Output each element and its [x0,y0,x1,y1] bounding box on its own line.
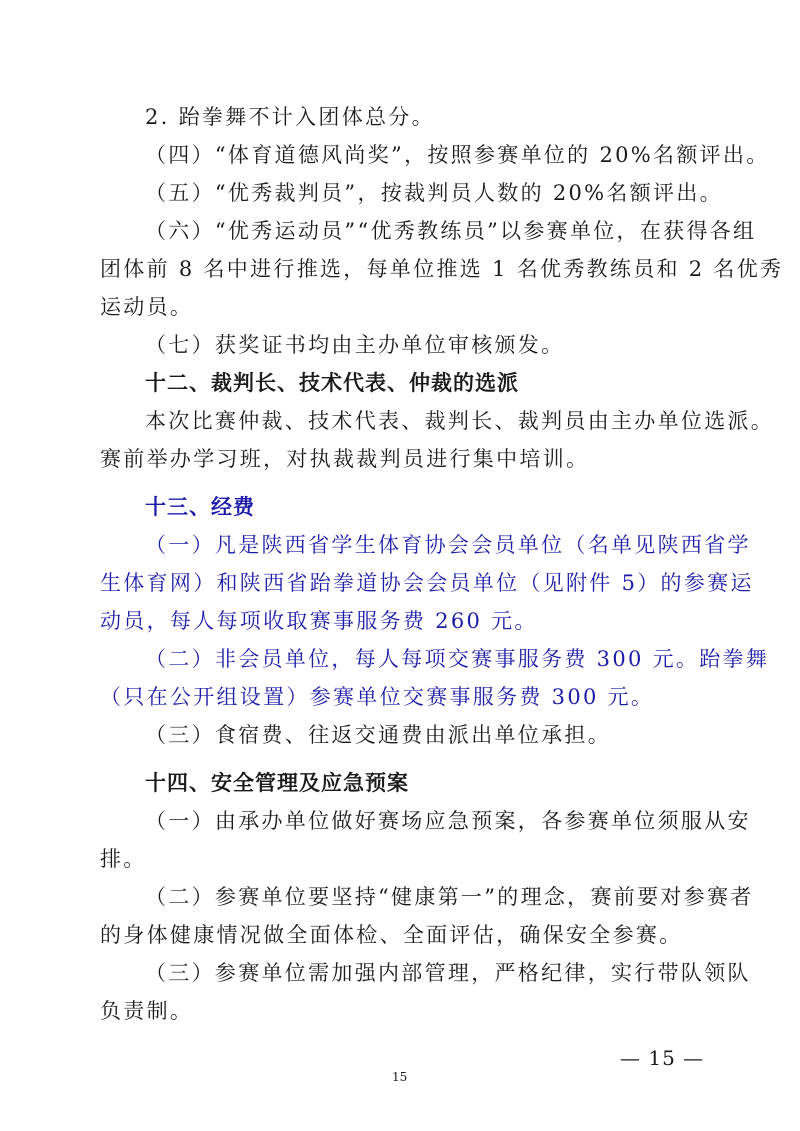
paragraph-line: 赛前举办学习班，对执裁裁判员进行集中培训。 [100,447,714,471]
paragraph-line: 2. 跆拳舞不计入团体总分。 [145,105,715,129]
paragraph-line: （一）由承办单位做好赛场应急预案，各参赛单位须服从安 [145,809,715,833]
paragraph-line: （四）“体育道德风尚奖”，按照参赛单位的 20%名额评出。 [145,143,715,167]
section-heading-14: 十四、安全管理及应急预案 [145,771,715,795]
paragraph-line: （三）参赛单位需加强内部管理，严格纪律，实行带队领队 [145,961,715,985]
paragraph-line: （五）“优秀裁判员”，按裁判员人数的 20%名额评出。 [145,181,715,205]
paragraph-line: 动员，每人每项收取赛事服务费 260 元。 [100,609,714,633]
page-folio: — 15 — [620,1046,704,1070]
paragraph-line: （一）凡是陕西省学生体育协会会员单位（名单见陕西省学 [145,533,715,557]
paragraph-line: 负责制。 [100,999,714,1023]
paragraph-line: 排。 [100,847,714,871]
document-page: 2. 跆拳舞不计入团体总分。 （四）“体育道德风尚奖”，按照参赛单位的 20%名… [0,0,800,1131]
paragraph-line: 的身体健康情况做全面体检、全面评估，确保安全参赛。 [100,923,714,947]
paragraph-line: 本次比赛仲裁、技术代表、裁判长、裁判员由主办单位选派。 [145,409,715,433]
paragraph-line: （二）非会员单位，每人每项交赛事服务费 300 元。跆拳舞 [145,647,715,671]
paragraph-line: （三）食宿费、往返交通费由派出单位承担。 [145,723,715,747]
section-heading-12: 十二、裁判长、技术代表、仲裁的选派 [145,371,715,395]
paragraph-line: （二）参赛单位要坚持“健康第一”的理念，赛前要对参赛者 [145,885,715,909]
paragraph-line: （六）“优秀运动员”“优秀教练员”以参赛单位，在获得各组 [145,219,715,243]
paragraph-line: （只在公开组设置）参赛单位交赛事服务费 300 元。 [100,685,714,709]
section-heading-13: 十三、经费 [145,495,715,519]
paragraph-line: （七）获奖证书均由主办单位审核颁发。 [145,333,715,357]
page-number: 15 [392,1070,407,1084]
paragraph-line: 生体育网）和陕西省跆拳道协会会员单位（见附件 5）的参赛运 [100,571,714,595]
paragraph-line: 团体前 8 名中进行推选，每单位推选 1 名优秀教练员和 2 名优秀 [100,257,714,281]
paragraph-line: 运动员。 [100,295,714,319]
